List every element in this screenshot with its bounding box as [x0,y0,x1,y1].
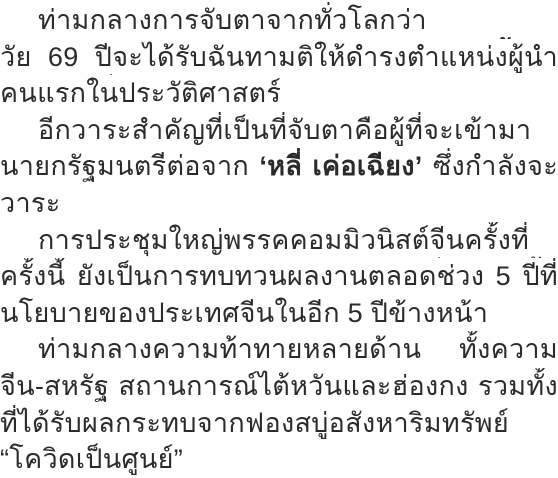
text-line: วัย 69 ปีจะได้รับฉันทามติให้ดำรงตำแหน่งผ… [0,39,558,76]
highlighted-name: ‘หลี่ เค่อเฉียง’ [259,151,422,181]
text-line: นโยบายของประเทศจีนในอีก 5 ปีข้างหน้า [0,295,558,332]
paragraph-3: การประชุมใหญ่พรรคคอมมิวนิสต์จีนครั้งที่ … [0,222,558,332]
text-segment: ท่ามกลางความท้าทายหลายด้าน ทั้งความขัดแย… [0,334,558,368]
text-line: วาระ [0,185,558,222]
text-line: จีน-สหรัฐ สถานการณ์ไต้หวันและฮ่องกง รวมท… [0,368,558,405]
paragraph-1: ท่ามกลางการจับตาจากทั่วโลกว่า ประธานาธิบ… [0,2,558,112]
text-segment: ท่ามกลางการจับตาจากทั่วโลกว่า [38,5,427,35]
text-segment: ที่ได้รับผลกระทบจากฟองสบู่อสังหาริมทรัพย… [0,408,509,442]
text-line: “โควิดเป็นศูนย์” [0,441,558,478]
text-segment: อีกวาระสำคัญที่เป็นที่จับตาคือผู้ที่จะเข… [0,115,531,149]
text-line: อีกวาระสำคัญที่เป็นที่จับตาคือผู้ที่จะเข… [0,112,558,149]
text-line: คนแรกในประวัติศาสตร์ [0,75,558,112]
text-segment: วาระ [0,188,61,218]
text-segment: คนแรกในประวัติศาสตร์ [0,78,281,108]
paragraph-2: อีกวาระสำคัญที่เป็นที่จับตาคือผู้ที่จะเข… [0,112,558,222]
paragraph-4: ท่ามกลางความท้าทายหลายด้าน ทั้งความขัดแย… [0,331,558,477]
text-line: ท่ามกลางการจับตาจากทั่วโลกว่า ประธานาธิบ… [0,2,558,39]
article-text: ท่ามกลางการจับตาจากทั่วโลกว่า ประธานาธิบ… [0,0,558,478]
text-line: การประชุมใหญ่พรรคคอมมิวนิสต์จีนครั้งที่ … [0,222,558,259]
text-line: ครั้งนี้ ยังเป็นการทบทวนผลงานตลอดช่วง 5 … [0,258,558,295]
text-line: ท่ามกลางความท้าทายหลายด้าน ทั้งความขัดแย… [0,331,558,368]
text-segment: “โควิดเป็นศูนย์” [0,444,183,474]
text-segment: การประชุมใหญ่พรรคคอมมิวนิสต์จีนครั้งที่ … [0,225,558,259]
text-segment: จีน-สหรัฐ สถานการณ์ไต้หวันและฮ่องกง รวมท… [0,371,558,405]
text-segment: นายกรัฐมนตรีต่อจาก [0,151,259,181]
text-segment: ครั้งนี้ ยังเป็นการทบทวนผลงานตลอดช่วง 5 … [0,261,558,295]
text-segment: นโยบายของประเทศจีนในอีก 5 ปีข้างหน้า [0,298,488,328]
text-line: นายกรัฐมนตรีต่อจาก ‘หลี่ เค่อเฉียง’ ซึ่ง… [0,148,558,185]
text-segment: วัย 69 ปีจะได้รับฉันทามติให้ดำรงตำแหน่งผ… [0,42,558,76]
text-line: ที่ได้รับผลกระทบจากฟองสบู่อสังหาริมทรัพย… [0,405,558,442]
